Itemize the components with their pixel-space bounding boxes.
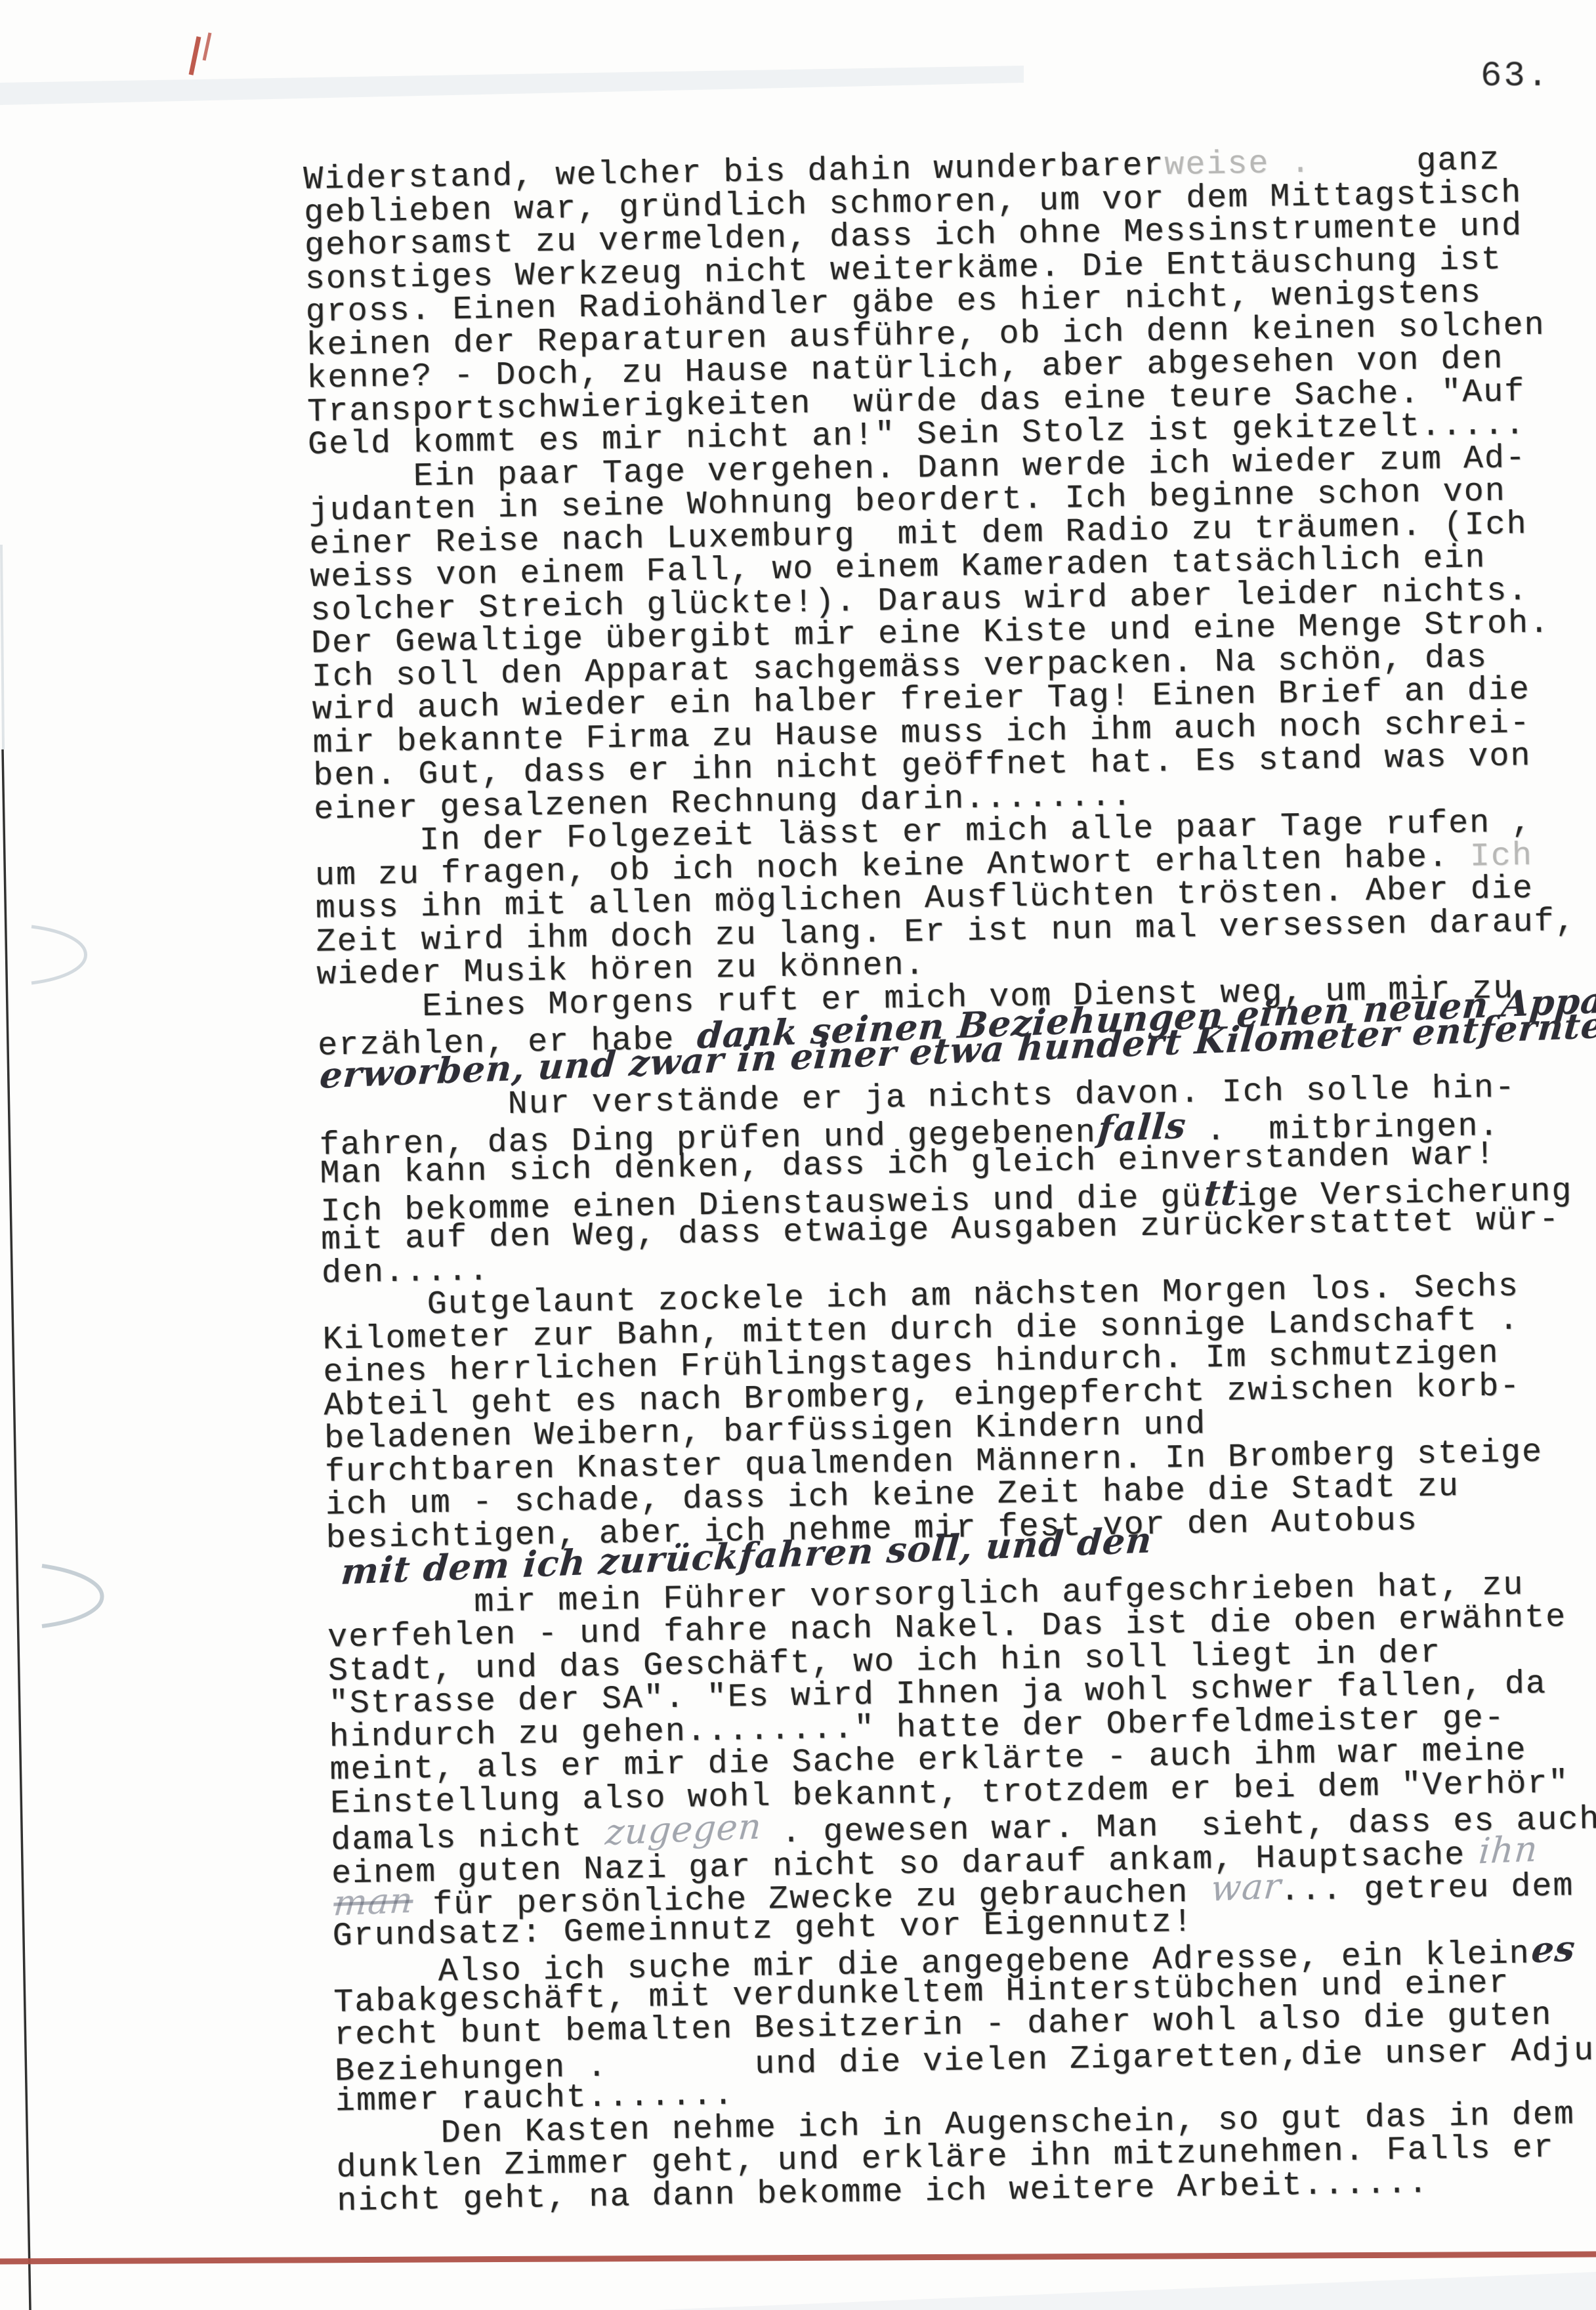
red-underline-rule: [0, 2254, 1596, 2261]
page-edge-faint-line: [1, 545, 3, 749]
scanned-document-page: { "page": { "number": "63.", "lines": [ …: [0, 0, 1596, 2310]
red-margin-tick-small: [204, 33, 210, 60]
scan-top-edge-band: [0, 66, 1024, 105]
red-margin-tick: [191, 37, 199, 75]
scan-bottom-edge-band: [656, 2272, 1596, 2310]
page-edge-line: [3, 749, 30, 2310]
page-number: 63.: [1480, 56, 1550, 96]
handwritten-faint-segment: war: [1210, 1870, 1283, 1906]
handwritten-faint-segment: zugegen: [604, 1810, 763, 1849]
handwritten-faint-segment: ihn: [1466, 1832, 1540, 1868]
handwritten-segment: es: [1530, 1932, 1577, 1967]
handwritten-segment: falls: [1097, 1108, 1188, 1145]
hole-punch-mark-bottom: [42, 1566, 102, 1626]
text-block: Widerstand, welcher bis dahin wunderbare…: [303, 142, 1596, 2219]
handwritten-struck-segment: man: [332, 1884, 414, 1920]
hole-punch-mark-top: [31, 927, 86, 983]
handwritten-segment: tt: [1203, 1175, 1240, 1210]
